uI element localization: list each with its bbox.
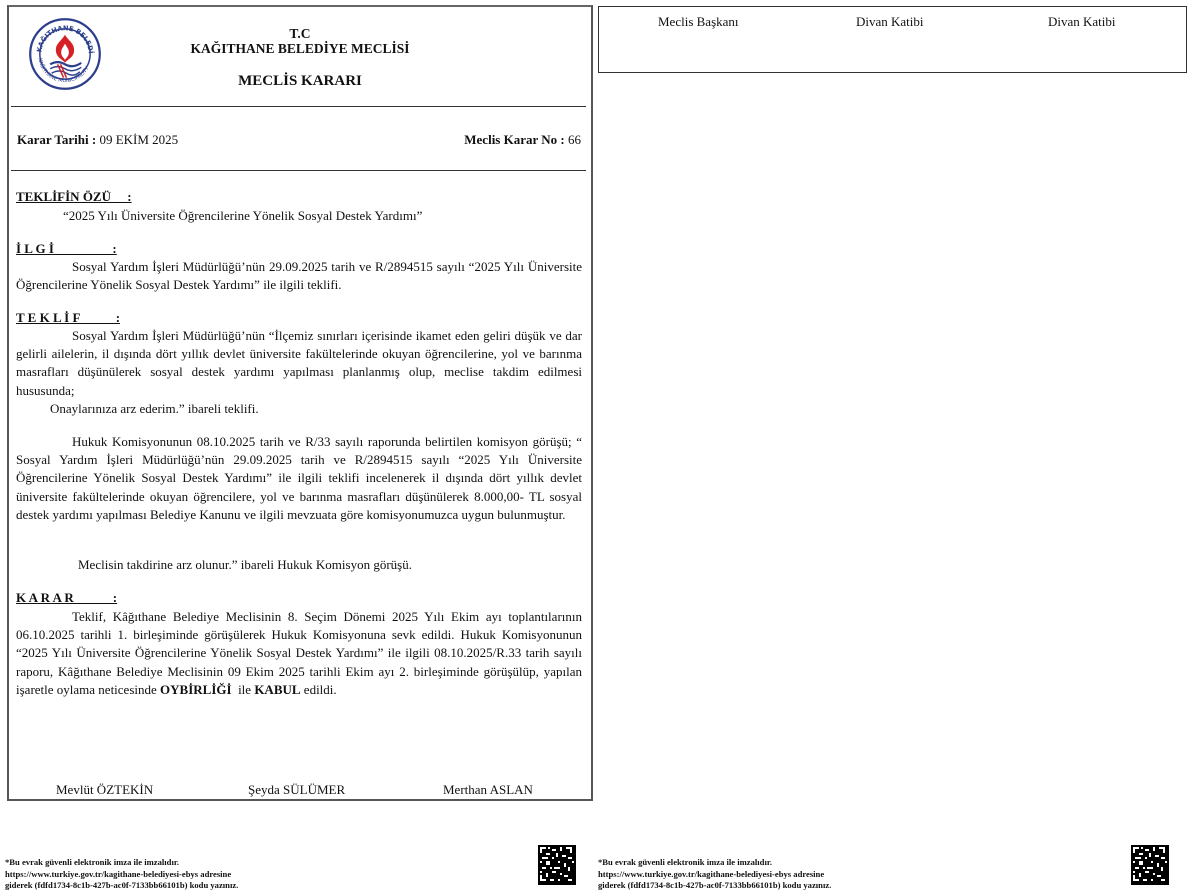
decision-number: Meclis Karar No : 66 (464, 132, 581, 148)
municipality-logo-icon: KAĞITHANE BELEDİYESİ KAĞITHANE MUNICIPAL… (28, 17, 102, 91)
header-divider (11, 106, 586, 107)
e-signature-note-left: *Bu evrak güvenli elektronik imza ile im… (5, 857, 238, 892)
teklif-closing: Onaylarınıza arz ederim.” ibareli teklif… (50, 400, 570, 418)
section-title-teklif: T E K L İ F : (16, 310, 120, 326)
section-title-ozu: TEKLİFİN ÖZÜ : (16, 189, 132, 205)
footer-line-2: https://www.turkiye.gov.tr/kagithane-bel… (5, 869, 238, 881)
section-title-ilgi: İ L G İ : (16, 241, 117, 257)
decision-number-value: 66 (565, 132, 581, 147)
meta-divider (11, 170, 586, 171)
footer-line-2: https://www.turkiye.gov.tr/kagithane-bel… (598, 869, 831, 881)
signature-name-1: Mevlüt ÖZTEKİN (56, 782, 153, 798)
decision-number-label: Meclis Karar No : (464, 132, 564, 147)
commission-closing: Meclisin takdirine arz olunur.” ibareli … (78, 556, 578, 574)
decision-accepted: KABUL (254, 682, 300, 697)
qr-code-icon (538, 845, 576, 885)
header-council-name: KAĞITHANE BELEDİYE MECLİSİ (140, 41, 460, 57)
decision-text: Teklif, Kâğıthane Belediye Meclisinin 8.… (16, 608, 582, 699)
signature-name-2: Şeyda SÜLÜMER (248, 782, 345, 798)
signature-name-3: Merthan ASLAN (443, 782, 533, 798)
decision-date-value: 09 EKİM 2025 (96, 132, 178, 147)
teklif-text: Sosyal Yardım İşleri Müdürlüğü’nün “İlçe… (16, 327, 582, 400)
footer-line-3: giderek (fdfd1734-8c1b-427b-ac0f-7133bb6… (598, 880, 831, 892)
section-title-karar: K A R A R : (16, 590, 117, 606)
page-title: MECLİS KARARI (140, 73, 460, 90)
e-signature-note-right: *Bu evrak güvenli elektronik imza ile im… (598, 857, 831, 892)
decision-text-end: edildi. (301, 682, 337, 697)
ilgi-text: Sosyal Yardım İşleri Müdürlüğü’nün 29.09… (16, 258, 582, 294)
decision-date-label: Karar Tarihi : (17, 132, 96, 147)
decision-unanimous: OYBİRLİĞİ (160, 682, 232, 697)
footer-line-1: *Bu evrak güvenli elektronik imza ile im… (598, 857, 831, 869)
commission-text: Hukuk Komisyonunun 08.10.2025 tarih ve R… (16, 433, 582, 524)
signature-title-2: Divan Katibi (856, 14, 924, 30)
qr-code-icon (1131, 845, 1169, 885)
decision-text-mid: ile (232, 682, 255, 697)
decision-date: Karar Tarihi : 09 EKİM 2025 (17, 132, 178, 148)
signature-title-3: Divan Katibi (1048, 14, 1116, 30)
ozu-text: “2025 Yılı Üniversite Öğrencilerine Yöne… (63, 207, 563, 225)
signature-title-1: Meclis Başkanı (658, 14, 739, 30)
footer-line-3: giderek (fdfd1734-8c1b-427b-ac0f-7133bb6… (5, 880, 238, 892)
footer-line-1: *Bu evrak güvenli elektronik imza ile im… (5, 857, 238, 869)
header-tc: T.C (140, 26, 460, 42)
